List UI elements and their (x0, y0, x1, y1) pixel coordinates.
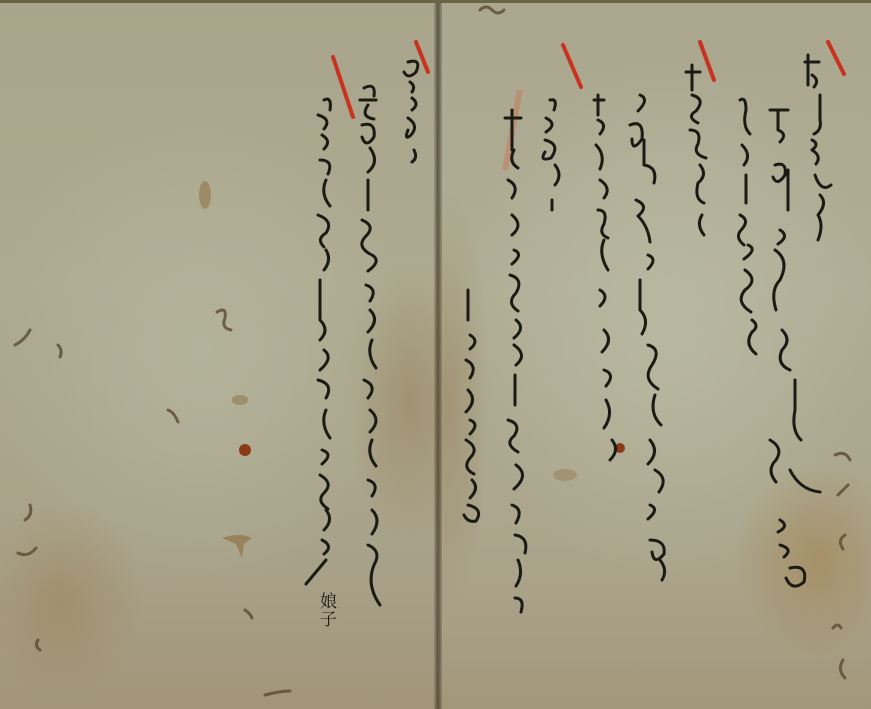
manuscript-spread: 娘子 (0, 0, 871, 709)
signature-text: 娘子 (314, 592, 339, 628)
cursive-script-columns (0, 0, 871, 709)
